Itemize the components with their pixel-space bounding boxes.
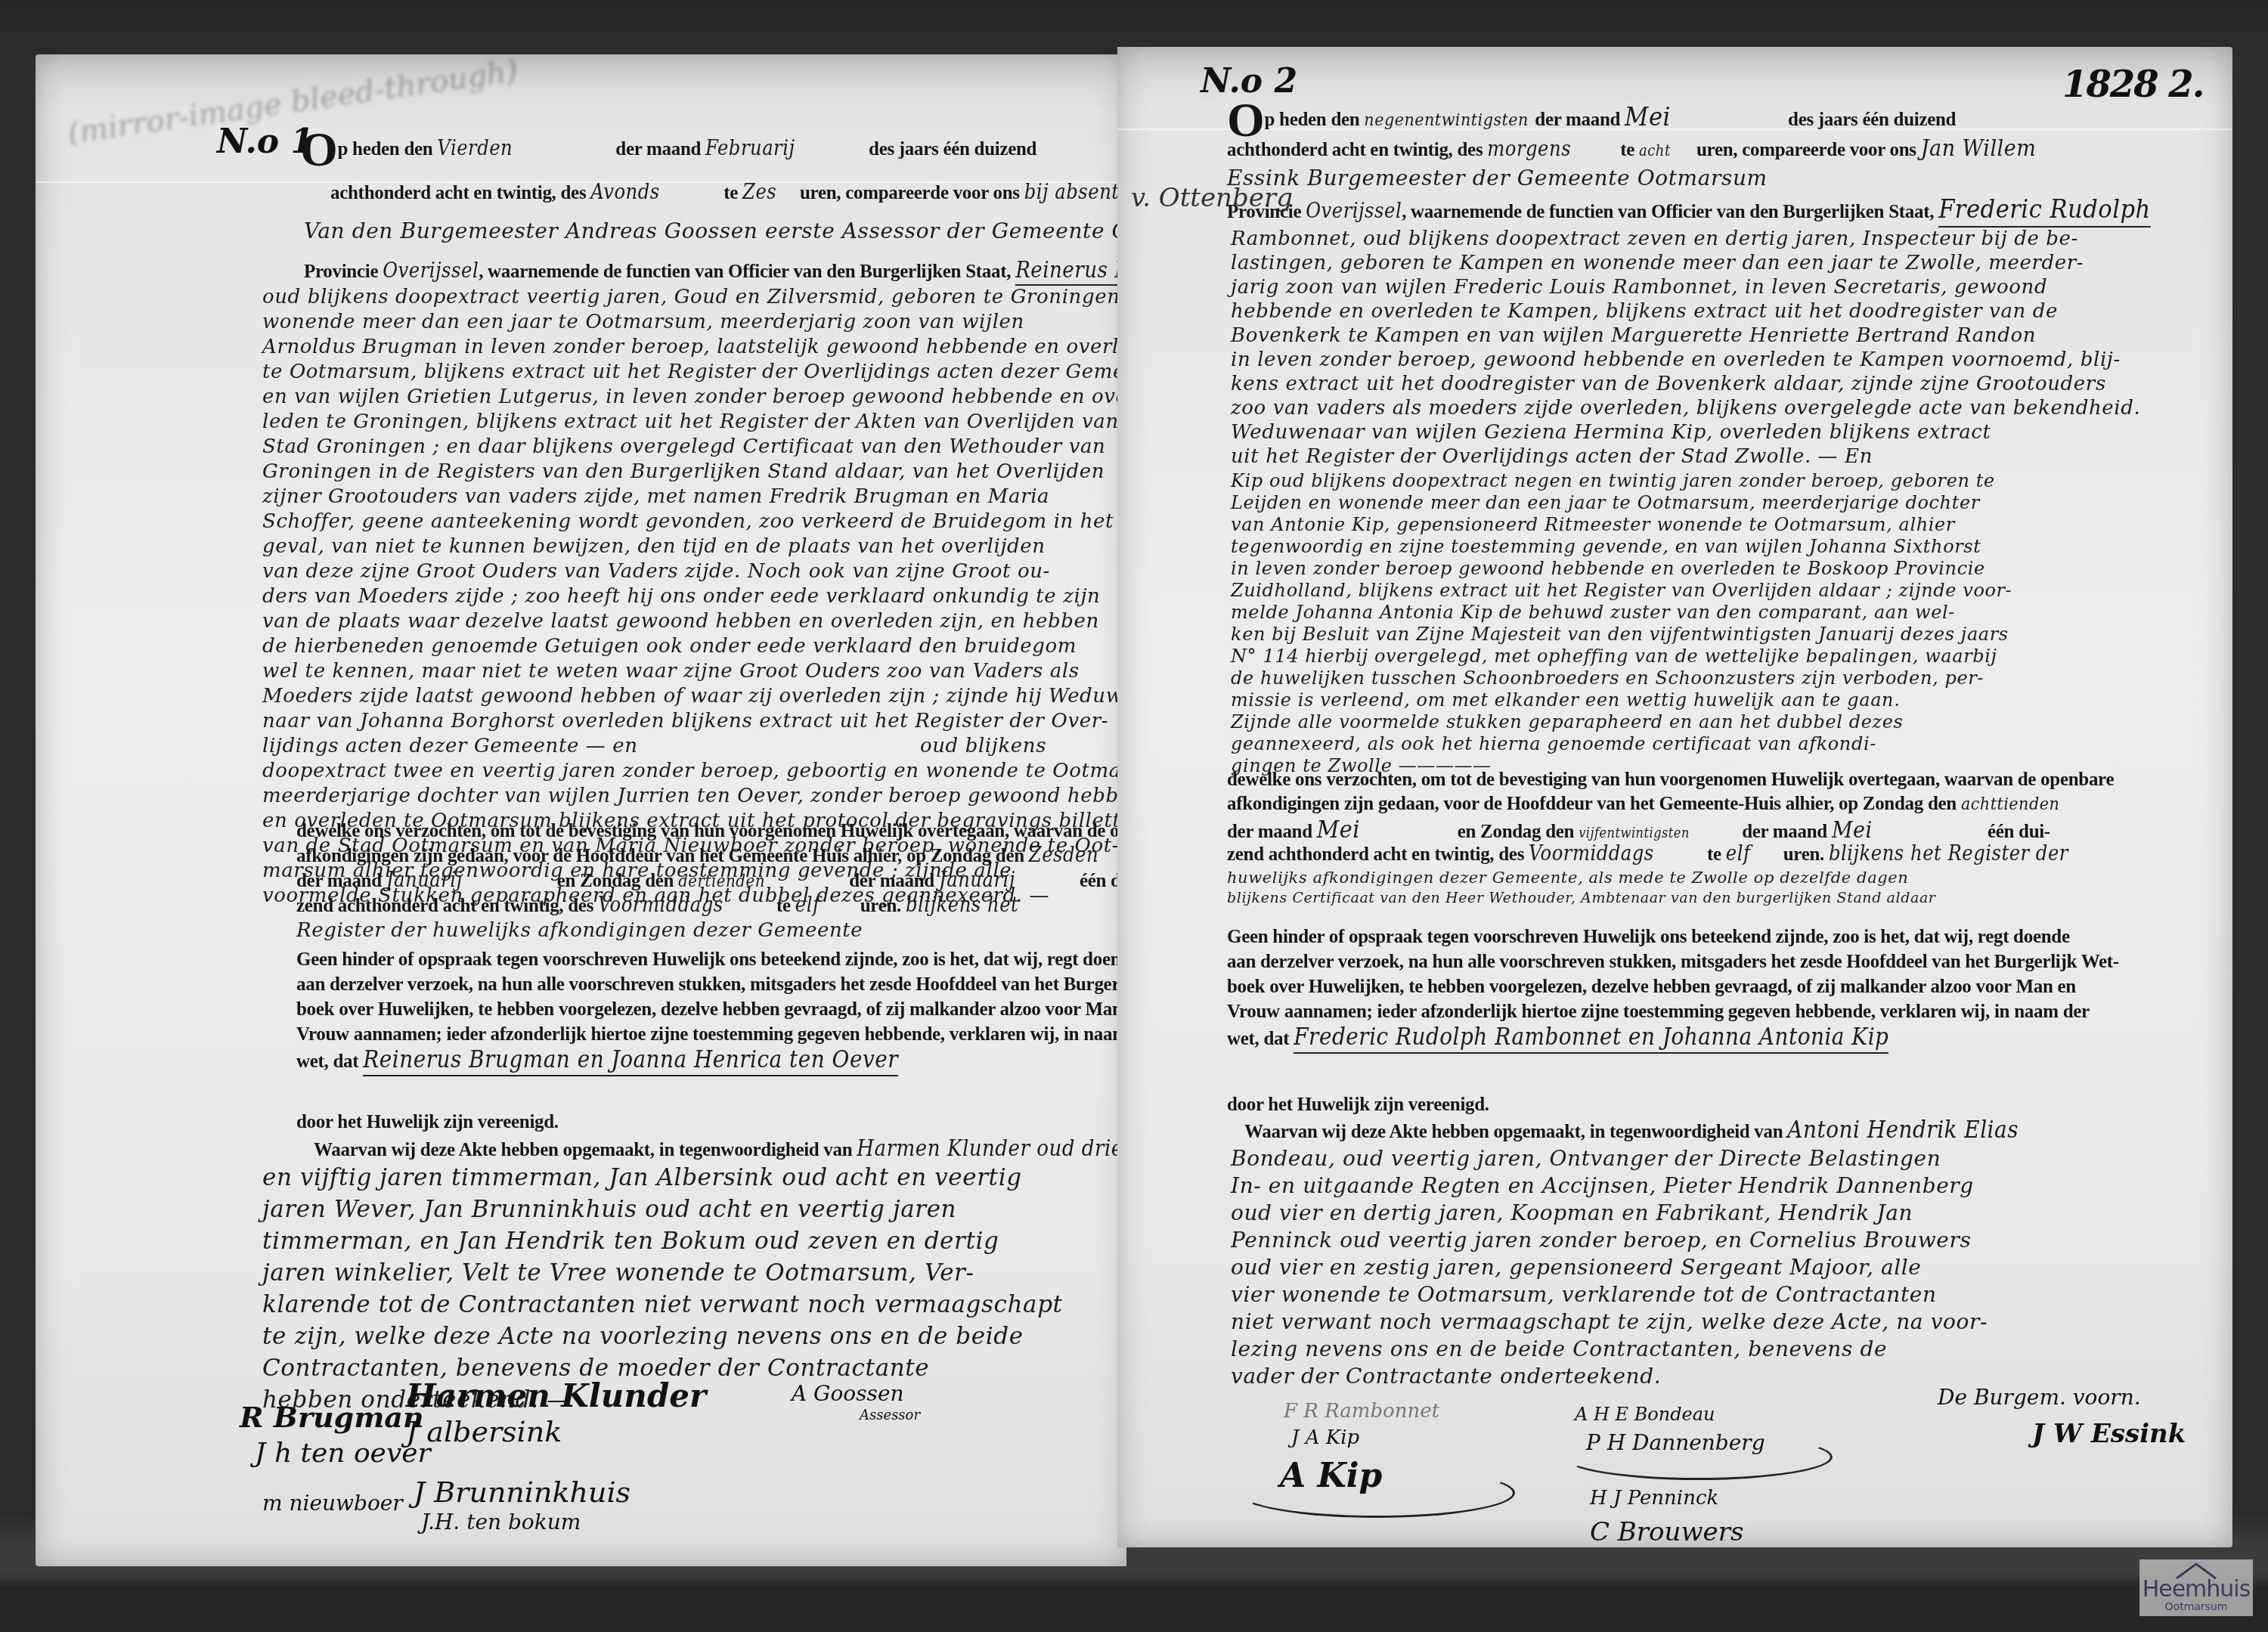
printed-text: der maand bbox=[849, 871, 934, 891]
hand-day: Vierden bbox=[437, 138, 611, 160]
handwritten-line: Bovenkerk te Kampen en van wijlen Margue… bbox=[1231, 324, 2036, 348]
handwritten-line: Moeders zijde laatst gewoond hebben of w… bbox=[262, 684, 1126, 708]
handwritten-line: Schoffer, geene aanteekening wordt gevon… bbox=[262, 509, 1114, 534]
hand-official-line: Essink Burgemeester der Gemeente Ootmars… bbox=[1227, 166, 1768, 190]
header-line-1: Op heden den Vierden der maand Februarij… bbox=[300, 138, 1036, 161]
handwritten-line: naar van Johanna Borghorst overleden bli… bbox=[262, 709, 1108, 733]
printed-line: Geen hinder of opspraak tegen voorschrev… bbox=[1227, 926, 2070, 949]
printed-line: Vrouw aannamen; ieder afzonderlijk hiert… bbox=[1227, 1001, 2090, 1023]
signature-flourish bbox=[1238, 1468, 1515, 1518]
header-line-2: achthonderd acht en twintig, des morgens… bbox=[1227, 138, 2036, 162]
signature-groom: F R Rambonnet bbox=[1284, 1400, 1439, 1423]
hand-daypart: Voormiddags bbox=[1529, 843, 1703, 866]
printed-line: aan derzelver verzoek, na hun alle voors… bbox=[296, 974, 1126, 996]
signature-witness-penninck: H J Penninck bbox=[1590, 1487, 1718, 1510]
initial-o: O bbox=[300, 122, 337, 176]
printed-banns-line-2: afkondigingen zijn gedaan, voor de Hoofd… bbox=[1227, 793, 2059, 816]
printed-text: achthonderd acht en twintig, des bbox=[330, 183, 586, 203]
printed-text: uren, compareerde voor ons bbox=[800, 183, 1020, 203]
handwritten-line: ken bij Besluit van Zijne Majesteit van … bbox=[1231, 622, 2009, 646]
printed-witnesses-intro: Waarvan wij deze Akte hebben opgemaakt, … bbox=[314, 1137, 1123, 1162]
printed-text: der maand bbox=[615, 139, 701, 159]
handwritten-line: geval, van niet te kunnen bewijzen, den … bbox=[262, 534, 1046, 559]
printed-line: Vrouw aannamen; ieder afzonderlijk hiert… bbox=[296, 1023, 1126, 1046]
printed-wet-dat: wet, dat Frederic Rudolph Rambonnet en J… bbox=[1227, 1026, 1888, 1051]
hand-note: blijkens het Register der bbox=[1829, 842, 2068, 866]
signature-assessor-title: Assessor bbox=[860, 1407, 920, 1423]
printed-banns-line-4: zend achthonderd acht en twintig, des Vo… bbox=[1227, 843, 2068, 866]
hand-month: Februarij bbox=[705, 138, 864, 160]
printed-text: en Zondag den bbox=[557, 871, 674, 891]
handwritten-line: Rambonnet, oud blijkens doopextract zeve… bbox=[1231, 227, 2078, 251]
hand-hour: elf bbox=[795, 894, 856, 917]
printed-text: uren, compareerde voor ons bbox=[1696, 140, 1916, 160]
handwritten-line: ders van Moeders zijde ; zoo heeft hij o… bbox=[262, 584, 1100, 609]
handwritten-line: lastingen, geboren te Kampen en wonende … bbox=[1231, 251, 2084, 275]
handwritten-line: te zijn, welke deze Acte na voorlezing n… bbox=[262, 1324, 1024, 1349]
printed-line: boek over Huwelijken, te hebben voorgele… bbox=[1227, 976, 2076, 999]
handwritten-line: wel te kennen, maar niet te weten waar z… bbox=[262, 659, 1080, 683]
printed-text: zend achthonderd acht en twintig, des bbox=[1227, 844, 1524, 865]
handwritten-line: en vijftig jaren timmerman, Jan Albersin… bbox=[262, 1166, 1022, 1190]
hand-official: Jan Willem bbox=[1921, 135, 2037, 162]
printed-text: des jaars één duizend bbox=[1788, 110, 1956, 130]
hand-hour: Zes bbox=[742, 181, 795, 204]
hand-daypart: Avonds bbox=[590, 181, 719, 204]
handwritten-line: de huwelijken tusschen Schoonbroeders en… bbox=[1231, 666, 1984, 690]
hand-official: bij absentie bbox=[1024, 181, 1126, 204]
printed-line: boek over Huwelijken, te hebben voorgele… bbox=[296, 999, 1126, 1021]
handwritten-text: oud blijkens bbox=[920, 734, 1046, 758]
acte-number: N.o 1 bbox=[217, 122, 314, 161]
signature-witness-bondeau: A H E Bondeau bbox=[1575, 1404, 1715, 1425]
handwritten-line: oud blijkens doopextract veertig jaren, … bbox=[262, 285, 1126, 309]
handwritten-line: kens extract uit het doodregister van de… bbox=[1231, 372, 2106, 396]
handwritten-line: doopextract twee en veertig jaren zonder… bbox=[262, 759, 1126, 783]
printed-text: Waarvan wij deze Akte hebben opgemaakt, … bbox=[1244, 1122, 1783, 1142]
handwritten-line: uit het Register der Overlijdings acten … bbox=[1231, 444, 1873, 469]
handwritten-line: vier wonende te Ootmarsum, verklarende t… bbox=[1231, 1283, 1937, 1307]
hand-month-2: Januarij bbox=[939, 869, 1075, 892]
printed-banns-line-3: der maand Januarij en Zondag den dertien… bbox=[296, 869, 1126, 893]
signature-bride-mother: m nieuwboer bbox=[262, 1491, 403, 1516]
signature-witness-tenbokum: J.H. ten bokum bbox=[421, 1510, 581, 1534]
printed-text: der maand bbox=[296, 871, 382, 891]
printed-banns-line-4: zend achthonderd acht en twintig, des Vo… bbox=[296, 894, 1018, 918]
printed-text: te bbox=[723, 183, 738, 203]
register-reference: 1828 2. bbox=[2062, 63, 2203, 106]
handwritten-line: hebbende en overleden te Kampen, blijken… bbox=[1231, 299, 2058, 324]
header-line-1: Op heden den negenentwintigsten der maan… bbox=[1227, 106, 1956, 132]
signature-witness-brouwers: C Brouwers bbox=[1590, 1517, 1743, 1547]
handwritten-line: tegenwoordig en zijne toestemming gevend… bbox=[1231, 534, 1981, 559]
printed-text: zend achthonderd acht en twintig, des bbox=[296, 896, 593, 916]
printed-text: afkondigingen zijn gedaan, voor de Hoofd… bbox=[296, 846, 1024, 866]
handwritten-line: in leven zonder beroep, gewoond hebbende… bbox=[1231, 348, 2121, 372]
handwritten-line: lijdings acten dezer Gemeente — en bbox=[262, 734, 638, 758]
printed-text: wet, dat bbox=[1227, 1029, 1289, 1049]
printed-text: Provincie bbox=[304, 262, 378, 282]
handwritten-line: van de plaats waar dezelve laatst gewoon… bbox=[262, 609, 1099, 633]
printed-line: aan derzelver verzoek, na hun alle voors… bbox=[1227, 951, 2119, 974]
header-line-4: Provincie Overijssel, waarnemende de fun… bbox=[1227, 198, 2151, 224]
handwritten-line: Groningen in de Registers van den Burger… bbox=[262, 460, 1105, 484]
printed-united: door het Huwelijk zijn vereenigd. bbox=[1227, 1094, 1489, 1116]
handwritten-line: vader der Contractante onderteekend. bbox=[1231, 1364, 1661, 1389]
handwritten-line: Penninck oud veertig jaren zonder beroep… bbox=[1231, 1228, 1972, 1253]
left-page: (mirror-image bleed-through) N.o 1 Op he… bbox=[36, 54, 1126, 1566]
hand-sunday-2: dertienden bbox=[678, 871, 844, 893]
hand-sunday-1: Zesden bbox=[1029, 844, 1098, 867]
handwritten-line: Zijnde alle voormelde stukken geparaphee… bbox=[1231, 710, 1904, 734]
handwritten-line: jaren Wever, Jan Brunninkhuis oud acht e… bbox=[262, 1197, 956, 1222]
right-page: N.o 2 1828 2. v. Ottenberg Op heden den … bbox=[1117, 47, 2232, 1547]
handwritten-line: lezing nevens ons en de beide Contractan… bbox=[1231, 1337, 1887, 1361]
handwritten-line: niet verwant noch vermaagschapt te zijn,… bbox=[1231, 1310, 1988, 1334]
signature-witness-albersink: J albersink bbox=[406, 1415, 562, 1448]
hand-month-1: Januarij bbox=[386, 869, 553, 892]
printed-text: der maand bbox=[1535, 110, 1620, 130]
hand-hour: acht bbox=[1639, 139, 1692, 162]
handwritten-line: missie is verleend, om met elkander een … bbox=[1231, 688, 1900, 712]
printed-text: Waarvan wij deze Akte hebben opgemaakt, … bbox=[314, 1140, 852, 1160]
hand-note: blijkens het bbox=[906, 893, 1018, 917]
handwritten-line: en van wijlen Grietien Lutgerus, in leve… bbox=[262, 385, 1126, 409]
signature-assessor: A Goossen bbox=[792, 1381, 904, 1406]
handwritten-line: oud vier en dertig jaren, Koopman en Fab… bbox=[1231, 1201, 1913, 1225]
printed-text: en Zondag den bbox=[1458, 822, 1575, 842]
printed-banns-line-3: der maand Mei en Zondag den vijfentwinti… bbox=[1227, 818, 2050, 845]
printed-text: , waarnemende de functien van Officier v… bbox=[1402, 202, 1934, 222]
handwritten-line: Leijden en wonende meer dan een jaar te … bbox=[1231, 491, 1980, 515]
handwritten-line: meerderjarige dochter van wijlen Jurrien… bbox=[262, 784, 1126, 808]
signature-bride: J h ten oever bbox=[255, 1438, 431, 1469]
hand-province: Overijssel bbox=[383, 259, 479, 283]
hand-daypart: Voormiddags bbox=[598, 894, 772, 917]
handwritten-line: jarig zoon van wijlen Frederic Louis Ram… bbox=[1231, 275, 2047, 299]
printed-text: Provincie bbox=[1227, 202, 1301, 222]
handwritten-line: in leven zonder beroep gewoond hebbende … bbox=[1231, 556, 1985, 581]
printed-witnesses-intro: Waarvan wij deze Akte hebben opgemaakt, … bbox=[1244, 1119, 2019, 1144]
hand-month-1: Mei bbox=[1317, 818, 1453, 841]
handwritten-line: geannexeerd, als ook het hierna genoemde… bbox=[1231, 732, 1876, 756]
handwritten-line: jaren winkelier, Velt te Vree wonende te… bbox=[262, 1261, 974, 1285]
handwritten-line: wonende meer dan een jaar te Ootmarsum, … bbox=[262, 310, 1024, 334]
signature-groom: R Brugman bbox=[240, 1400, 424, 1434]
handwritten-line: van deze zijne Groot Ouders van Vaders z… bbox=[262, 559, 1050, 584]
watermark-name: Heemhuis bbox=[2143, 1578, 2251, 1601]
house-roof-icon bbox=[2173, 1562, 2219, 1580]
handwritten-line: zoo van vaders als moeders zijde overled… bbox=[1231, 396, 2140, 420]
handwritten-line: zijner Grootouders van vaders zijde, met… bbox=[262, 485, 1049, 509]
handwritten-line: In- en uitgaande Regten en Accijnsen, Pi… bbox=[1231, 1174, 1974, 1198]
handwritten-line: Zuidholland, blijkens extract uit het Re… bbox=[1231, 578, 2012, 602]
printed-wet-dat: wet, dat Reinerus Brugman en Joanna Henr… bbox=[296, 1048, 898, 1073]
printed-text: uren. bbox=[1783, 844, 1824, 865]
printed-text: te bbox=[1707, 844, 1721, 865]
signature-mayor: J W Essink bbox=[2032, 1419, 2186, 1449]
printed-text: p heden den bbox=[337, 139, 432, 159]
hand-banns-register: Register der huwelijks afkondigingen dez… bbox=[296, 918, 863, 943]
hand-daypart: morgens bbox=[1487, 138, 1616, 161]
handwritten-line: timmerman, en Jan Hendrik ten Bokum oud … bbox=[262, 1229, 999, 1253]
hand-groom-name: Frederic Rudolph bbox=[1938, 194, 2151, 228]
handwritten-line: Weduwenaar van wijlen Geziena Hermina Ki… bbox=[1231, 420, 1991, 444]
handwritten-line: oud vier en zestig jaren, gepensioneerd … bbox=[1231, 1256, 1921, 1280]
handwritten-line: Kip oud blijkens doopextract negen en tw… bbox=[1231, 469, 1995, 493]
printed-text: één dui- bbox=[1988, 822, 2050, 842]
printed-text: afkondigingen zijn gedaan, voor de Hoofd… bbox=[1227, 794, 1957, 814]
handwritten-line: melde Johanna Antonia Kip de behuwd zust… bbox=[1231, 600, 1955, 624]
signature-witness-brunninkhuis: J Brunninkhuis bbox=[414, 1476, 631, 1509]
printed-banns-line-2: afkondigingen zijn gedaan, voor de Hoofd… bbox=[296, 844, 1098, 868]
handwritten-line: Stad Groningen ; en daar blijkens overge… bbox=[262, 435, 1105, 459]
printed-text: achthonderd acht en twintig, des bbox=[1227, 140, 1483, 160]
hand-hour: elf bbox=[1726, 843, 1779, 866]
printed-line: Geen hinder of opspraak tegen voorschrev… bbox=[296, 949, 1126, 971]
printed-text: te bbox=[1620, 140, 1634, 160]
hand-witness-1: Antoni Hendrik Elias bbox=[1787, 1116, 2019, 1144]
printed-text: der maand bbox=[1742, 822, 1827, 842]
signature-flourish bbox=[1563, 1434, 1833, 1480]
printed-text: uren. bbox=[860, 896, 901, 916]
printed-text: wet, dat bbox=[296, 1051, 358, 1072]
handwritten-line: te Ootmarsum, blijkens extract uit het R… bbox=[262, 360, 1126, 384]
hand-sunday-1: achttienden bbox=[1961, 794, 2059, 814]
handwritten-line: Arnoldus Brugman in leven zonder beroep,… bbox=[262, 335, 1126, 359]
printed-banns-line-1: dewelke ons verzochten, om tot de bevest… bbox=[1227, 769, 2114, 791]
handwritten-line: de hierbeneden genoemde Getuigen ook ond… bbox=[262, 634, 1077, 658]
hand-official-line: Van den Burgemeester Andreas Goossen eer… bbox=[304, 219, 1126, 243]
handwritten-line: leden te Groningen, blijkens extract uit… bbox=[262, 410, 1126, 434]
printed-text: , waarnemende de functien van Officier v… bbox=[479, 262, 1011, 282]
handwritten-line: Bondeau, oud veertig jaren, Ontvanger de… bbox=[1231, 1147, 1941, 1171]
hand-couple-names: Reinerus Brugman en Joanna Henrica ten O… bbox=[363, 1046, 898, 1076]
hand-month-2: Mei bbox=[1832, 819, 1983, 842]
handwritten-line: klarende tot de Contractanten niet verwa… bbox=[262, 1293, 1063, 1317]
printed-text: p heden den bbox=[1264, 110, 1359, 130]
hand-groom-name: Reinerus Brugman bbox=[1015, 257, 1126, 286]
handwritten-line: van Antonie Kip, gepensioneerd Ritmeeste… bbox=[1231, 513, 1955, 537]
printed-text: der maand bbox=[1227, 822, 1312, 842]
signature-bride: J A Kip bbox=[1291, 1426, 1359, 1449]
header-line-4: Provincie Overijssel, waarnemende de fun… bbox=[304, 259, 1126, 283]
hand-witness-1: Harmen Klunder oud drie bbox=[857, 1135, 1123, 1161]
signature-mayor-title: De Burgem. voorn. bbox=[1938, 1385, 2141, 1410]
heemhuis-watermark-logo: Heemhuis Ootmarsum bbox=[2139, 1559, 2253, 1616]
printed-banns-line-1: dewelke ons verzochten, om tot de bevest… bbox=[296, 820, 1126, 843]
hand-banns-certificate: blijkens Certificaat van den Heer Wethou… bbox=[1227, 886, 1936, 910]
hand-day: negenentwintigsten bbox=[1364, 109, 1530, 132]
hand-couple-names: Frederic Rudolph Rambonnet en Johanna An… bbox=[1294, 1023, 1888, 1054]
printed-united: door het Huwelijk zijn vereenigd. bbox=[296, 1111, 559, 1134]
hand-month: Mei bbox=[1625, 106, 1783, 129]
watermark-place: Ootmarsum bbox=[2165, 1601, 2228, 1613]
hand-province: Overijssel bbox=[1306, 200, 1402, 223]
printed-text: te bbox=[776, 896, 791, 916]
printed-text: des jaars één duizend bbox=[869, 139, 1036, 159]
signature-witness-klunder: Harmen Klunder bbox=[406, 1377, 706, 1414]
header-line-2: achthonderd acht en twintig, des Avonds … bbox=[330, 181, 1126, 205]
handwritten-line: N° 114 hierbij overgelegd, met opheffing… bbox=[1231, 644, 1997, 668]
